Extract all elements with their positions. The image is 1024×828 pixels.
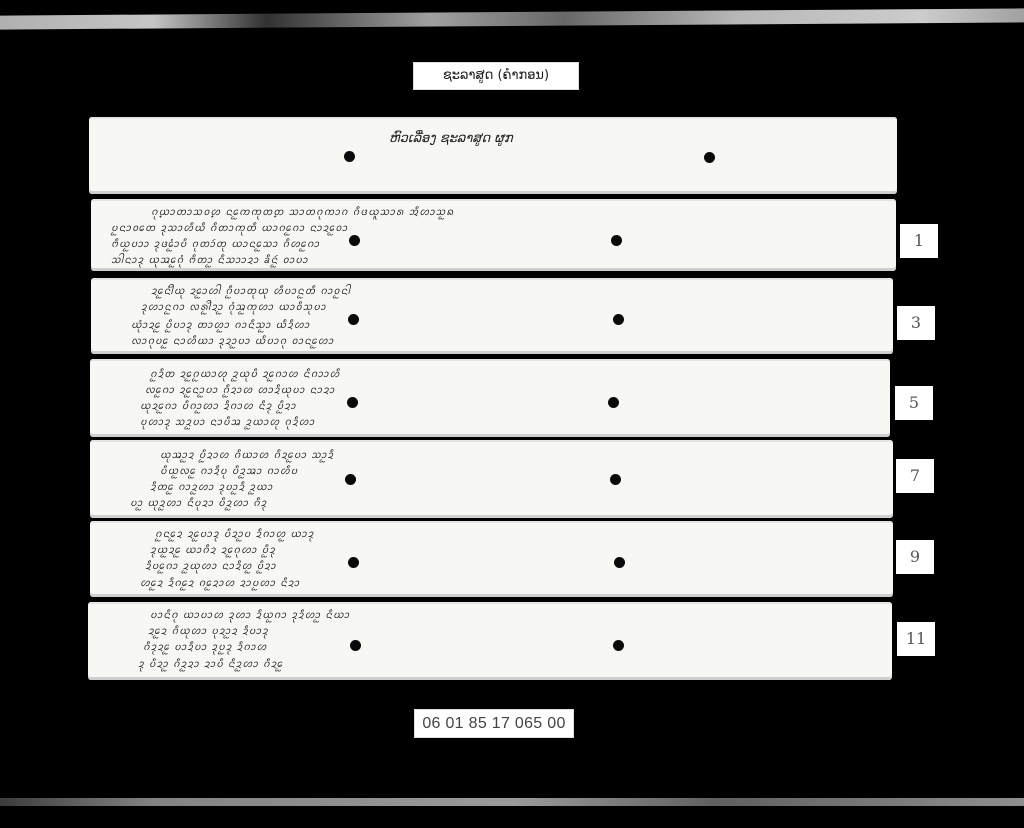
binding-hole-right (613, 314, 624, 325)
leaf-line: ᨣᩬᨶᩮᩬᨯ ᨯᩮᩬᨷᩣᨯᩩ ᨷᩥᨯᩣᩬᨷ ᨯᩥᨣᩣᩉᩬ ᨿᩣᨯᩩ (155, 527, 314, 543)
leaf-line: ᨷᩥᨿᩬᩃᩮᩬ ᨣᩣᨯᩥᨷᩩ ᨷᩥᨯᩬᩇᩣ ᨣᩣᩉᩥᨷ (160, 464, 298, 480)
page-number-card: 1 (900, 224, 938, 258)
manuscript-title-label: ຊະລາສູດ (ຄຳກອນ) (413, 62, 579, 90)
binding-hole-left (349, 235, 360, 246)
leaf-line: ᨿᩩᩴᩣᨯᩮᩬ ᨷᩥᩬᨷᩣᨯᩩ ᨲᩣᩉᩬᩣ ᨣᩣᨶᩥᩈᩬᩣ ᨿᩥᨯᩥᩉᩣ (131, 318, 310, 334)
leaf-line: ᨿᩩᨯᩮᩬᨣᩣ ᨷᩥᨣᩣᩬᩉᩣ ᨯᩥᨣᩣᩉ ᨶᩥᨯᩩ ᨷᩥᩬᨯᩣ (140, 399, 297, 415)
leaf-page-9: ᨣᩬᨶᩮᩬᨯ ᨯᩮᩬᨷᩣᨯᩩ ᨷᩥᨯᩣᩬᨷ ᨯᩥᨣᩣᩉᩬ ᨿᩣᨯᩩ ᨯᩩᨿᩬᨯᩮ… (90, 521, 893, 597)
film-edge-bottom (0, 798, 1024, 806)
leaf-line: ᨿᩩᩇᩣᩬᨯ ᨷᩥᩬᨯᩣᩉ ᨣᩥᨿᩣᩉ ᨣᩥᨯᩮᩬᨷᩣ ᩈᩣᩬᨯᩥ (160, 448, 334, 464)
binding-hole-left (347, 397, 358, 408)
film-id-label: 06 01 85 17 065 00 (414, 709, 574, 738)
binding-hole-right (704, 152, 715, 163)
leaf-line: ᨯᩥᨷᩮᩬᨣᩣ ᨯᩬᨿᩩᩉᩣ ᨶᩣᨯᩥᩉᩬ ᨷᩥᩬᨯᩣ (145, 559, 277, 575)
leaf-line: ᨯᩩᩉᩣᨶᩬᨣᩣ ᩃᩁᩬᩤᩢᨯᩣᩬ ᨣᩩᩴᩇᩬᨠᩩᩉᩣ ᨿᩣᩅᩥᩈᩩᨷᩣ (141, 300, 326, 316)
binding-hole-right (608, 397, 619, 408)
binding-hole-right (611, 235, 622, 246)
page-number-card: 3 (897, 306, 935, 340)
leaf-line: ᨷᩩᩉᩣᨯᩩ ᩈᨯᩬᨷᩣ ᨶᩣᨷᩥᩇ ᨯᩬᨿᩣᩉᩩ ᨣᩩᨯᩥᩉᩣ (140, 415, 315, 431)
leaf-line: ᩃᩮᩬᨣᩣ ᨯᩮᩬᨶᩣᩬᨷᩣ ᨣᩥᩬᨯᩣᩉ ᩉᩣᨯᩥᨿᩩᨷᩣ ᨶᩣᨯᩣ (145, 383, 335, 399)
title-leaf: ຫົວເລື່ອງ ຊະລາສູດ ຜູກ (89, 117, 897, 194)
leaf-line: ᩉᩮᩬᨯ ᨯᩥᨣᩮᩬᨯ ᨣᩮᩬᨯᩣᩉ ᨯᩣᨷᩬᩉᩣ ᨶᩥᨯᩣ (140, 576, 300, 592)
binding-hole-left (348, 314, 359, 325)
binding-hole-left (348, 557, 359, 568)
binding-hole-left (350, 640, 361, 651)
binding-hole-right (614, 557, 625, 568)
leaf-line: ᨣᩬᨯᩥᨲ ᨯᩮᩬᨣᩬᨿᩣᩉᩩ ᨯᩬᨿᩩᨷᩥ ᨯᩮᩬᨣᩣᩉ ᨶᩥᨣᩣᩣᩉᩥ (150, 367, 340, 383)
leaf-line: ᨣᩩ᩠ᨿᩣᨲᩣᩈᩅ᩠ᩉ ᨶᩮᩬᨠᨠᩩᨲ᩠ᨲ ᩈᩣᨲᨣᩩᨠᩣᨣ ᨣᩥᨴᨿᩪᩈᩣᩁ … (151, 205, 454, 221)
leaf-line: ᨻᩥᨿᩬᨷᩣᩣ ᨯᩩᨴᩮᩬᩴᩣᨷᩥ ᨣᩩᨲᩣᩢᨲᩩ ᨿᩣᨶᩮᩬᩈᩣ ᨣᩥᩉᩮᩬᨣ… (111, 237, 320, 253)
leaf-page-1: ᨣᩩ᩠ᨿᩣᨲᩣᩈᩅ᩠ᩉ ᨶᩮᩬᨠᨠᩩᨲ᩠ᨲ ᩈᩣᨲᨣᩩᨠᩣᨣ ᨣᩥᨴᨿᩪᩈᩣᩁ … (91, 199, 896, 271)
leaf-page-5: ᨣᩬᨯᩥᨲ ᨯᩮᩬᨣᩬᨿᩣᩉᩩ ᨯᩬᨿᩩᨷᩥ ᨯᩮᩬᨣᩣᩉ ᨶᩥᨣᩣᩣᩉᩥ ᩃᩮ… (90, 359, 890, 437)
title-leaf-caption: ຫົວເລື່ອງ ຊະລາສູດ ຜູກ (389, 131, 513, 146)
leaf-page-11: ᨷᩣᨶᩥᨣᩩ ᨿᩣᨷᩣᩉ ᨯᩩᩉᩣ ᨯᩥᨿᩬᨣᩣ ᨯᩩᨯᩥᩉᩣᩬ ᨶᩥᨿᩣ ᨯᩮ… (88, 602, 892, 680)
page-number-card: 5 (895, 386, 933, 420)
leaf-line: ᨷᩣᩬ ᨿᩩᨯᩬᩉᩣ ᨶᩥᨷᩩᨯᩣ ᨷᩥᨯᩬᩉᩣ ᨣᩥᨯᩩ (130, 496, 267, 512)
leaf-line: ᨯᩮᩬᨯ ᨣᩥᨿᩩᩉᩣ ᨷᩩᨯᩣᩬᨯ ᨯᩥᨷᩣᨯᩩ (148, 624, 269, 640)
binding-hole-right (610, 474, 621, 485)
binding-hole-left (344, 151, 355, 162)
leaf-page-3: ᨯᩮᩬᨶᩴᩤᩢᨿᩩ ᨯᩮᩬᩣᩉᩤ ᨣᩥᩬᨷᩣᨲᩩᨿᩩ ᩉᩥᨷᩣᨶᩬᨲᩥ ᨣᩣᩅᩬ… (91, 278, 893, 354)
binding-hole-left (345, 474, 356, 485)
leaf-line: ᨯᩩᨿᩬᨯᩮᩬ ᨿᩣᨣᩥᨯ ᨯᩮᩬᨣᩩᩉᩣ ᨷᩥᩬᨯᩩ (150, 543, 276, 559)
film-edge-top (0, 8, 1024, 29)
page-number-card: 9 (896, 540, 934, 574)
leaf-line: ᩈᩤᨶᩣᨯᩩ ᨿᩩᩇᩮᩬᨣᩩᩴ ᨻᩥᨲᩣᩬ ᨶᩥᩈᩣᩣᨯᩣ ᨡᩥᨶᩬᩢ ᩅᩣᨷᩣ (111, 253, 309, 269)
page-number-card: 7 (896, 459, 934, 493)
page-number-card: 11 (897, 622, 935, 656)
leaf-line: ᨯᩩ ᨷᩥᨯᩣᩬ ᨣᩥᨯᩬᨯᩣ ᨯᩣᨷᩥ ᨶᩥᨯᩬᩉᩣ ᨣᩥᨯᩮᩬ (138, 657, 283, 673)
binding-hole-right (613, 640, 624, 651)
leaf-line: ᩃᩣᨣᩩᨷᩮᩬ ᨶᩣᩉᩥᨿᩣ ᨯᩩᨯᩣᩬᨷᩣ ᨿᩥᨷᩣᨣᩩ ᩅᩣᨶᩮᩬᩉᩣ (131, 334, 334, 350)
leaf-line: ᨷᩬᨶᩣᩅᩮᨲ ᨯᩩᩈᩣᩉᩥᨿᩥ ᨣᩥᨲᩣᨠᩩᨲᩥ ᨿᩣᨣᩮᩬᨣᩣ ᨶᩣᨯᩮᩬᩅ… (111, 221, 348, 237)
leaf-line: ᨷᩣᨶᩥᨣᩩ ᨿᩣᨷᩣᩉ ᨯᩩᩉᩣ ᨯᩥᨿᩬᨣᩣ ᨯᩩᨯᩥᩉᩣᩬ ᨶᩥᨿᩣ (150, 608, 350, 624)
leaf-page-7: ᨿᩩᩇᩣᩬᨯ ᨷᩥᩬᨯᩣᩉ ᨣᩥᨿᩣᩉ ᨣᩥᨯᩮᩬᨷᩣ ᩈᩣᩬᨯᩥ ᨷᩥᨿᩬᩃᩮ… (90, 440, 893, 518)
leaf-line: ᨯᩮᩬᨶᩴᩤᩢᨿᩩ ᨯᩮᩬᩣᩉᩤ ᨣᩥᩬᨷᩣᨲᩩᨿᩩ ᩉᩥᨷᩣᨶᩬᨲᩥ ᨣᩣᩅᩬ… (151, 284, 351, 300)
leaf-line: ᨯᩥᨲᩮᩬ ᨣᩣᨯᩬᩉᩣ ᨯᩩᨷᩣᩬᨯᩥ ᨯᩬᨿᩣ (150, 480, 273, 496)
leaf-line: ᨣᩥᨯᩩᨯᩮᩬ ᨷᩣᨯᩥᨷᩣ ᨯᩩᨷᩬᨯᩩ ᨯᩥᨣᩣᩉ (143, 640, 267, 656)
